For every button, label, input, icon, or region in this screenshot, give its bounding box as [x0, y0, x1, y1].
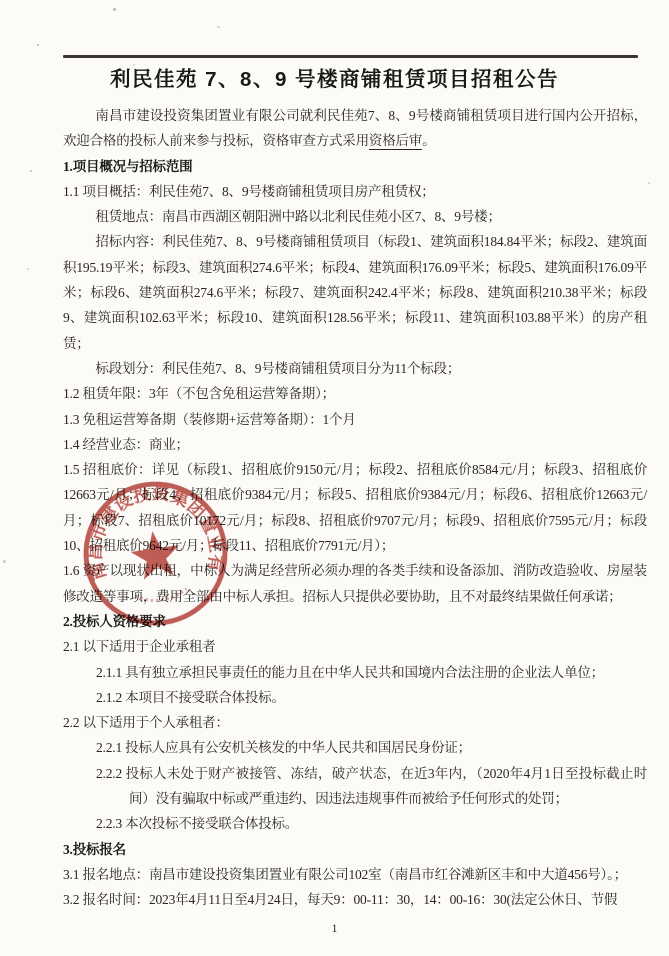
clause-2-2-1: 2.2.1 投标人应具有公安机关核发的中华人民共和国居民身份证； — [63, 735, 647, 760]
clause-2-2: 2.2 以下适用于个人承租者： — [63, 710, 647, 735]
document-body: 南昌市建设投资集团置业有限公司就利民佳苑7、8、9号楼商铺租赁项目进行国内公开招… — [63, 103, 647, 913]
scan-speck — [113, 8, 116, 11]
scan-speck — [37, 44, 39, 46]
scan-speck — [27, 268, 29, 270]
intro-paragraph: 南昌市建设投资集团置业有限公司就利民佳苑7、8、9号楼商铺租赁项目进行国内公开招… — [63, 103, 647, 154]
intro-text: 南昌市建设投资集团置业有限公司就利民佳苑7、8、9号楼商铺租赁项目进行国内公开招… — [63, 108, 647, 148]
scan-speck — [30, 170, 32, 172]
clause-2-1: 2.1 以下适用于企业承租者 — [63, 634, 647, 659]
clause-1-4-business: 1.4 经营业态：商业； — [63, 432, 647, 457]
scan-speck — [648, 182, 650, 184]
section-2-heading: 2.投标人资格要求 — [63, 609, 647, 634]
clause-rental-location: 租赁地点：南昌市西湖区朝阳洲中路以北利民佳苑小区7、8、9号楼； — [63, 204, 647, 229]
scan-speck — [3, 560, 6, 563]
section-1-heading: 1.项目概况与招标范围 — [63, 154, 647, 179]
intro-period: 。 — [422, 133, 435, 148]
clause-1-6-asis: 1.6 资产以现状出租，中标人为满足经营所必须办理的各类手续和设备添加、消防改造… — [63, 558, 647, 609]
title-rule — [63, 55, 638, 58]
clause-section-division: 标段划分：利民佳苑7、8、9号楼商铺租赁项目分为11个标段； — [63, 356, 647, 381]
clause-2-1-2: 2.1.2 本项目不接受联合体投标。 — [63, 685, 647, 710]
clause-bid-content: 招标内容：利民佳苑7、8、9号楼商铺租赁项目（标段1、建筑面积184.84平米；… — [63, 229, 647, 355]
section-3-heading: 3.投标报名 — [63, 837, 647, 862]
clause-2-2-3: 2.2.3 本次投标不接受联合体投标。 — [63, 811, 647, 836]
document-title: 利民佳苑 7、8、9 号楼商铺租赁项目招租公告 — [0, 62, 669, 92]
clause-1-5-base-price: 1.5 招租底价：详见（标段1、招租底价9150元/月；标段2、招租底价8584… — [63, 457, 647, 558]
clause-1-1-project: 1.1 项目概括：利民佳苑7、8、9号楼商铺租赁项目房产租赁权； — [63, 179, 647, 204]
scan-speck — [217, 26, 220, 28]
clause-2-1-1: 2.1.1 具有独立承担民事责任的能力且在中华人民共和国境内合法注册的企业法人单… — [63, 660, 647, 685]
clause-3-2-time: 3.2 报名时间：2023年4月11日至4月24日，每天9：00-11：30，1… — [63, 887, 647, 912]
clause-3-1-location: 3.1 报名地点：南昌市建设投资集团置业有限公司102室（南昌市红谷滩新区丰和中… — [63, 862, 647, 887]
clause-1-2-lease-term: 1.2 租赁年限：3年（不包含免租运营筹备期）； — [63, 381, 647, 406]
clause-1-3-rentfree: 1.3 免租运营筹备期（装修期+运营筹备期）：1个月 — [63, 407, 647, 432]
clause-2-2-2: 2.2.2 投标人未处于财产被接管、冻结，破产状态，在近3年内，（2020年4月… — [63, 761, 647, 812]
page-number: 1 — [0, 921, 669, 936]
qualification-review-underline: 资格后审 — [369, 133, 422, 150]
scanned-document-page: 利民佳苑 7、8、9 号楼商铺租赁项目招租公告 南昌市建设投资集团置业有限公司就… — [0, 0, 669, 956]
